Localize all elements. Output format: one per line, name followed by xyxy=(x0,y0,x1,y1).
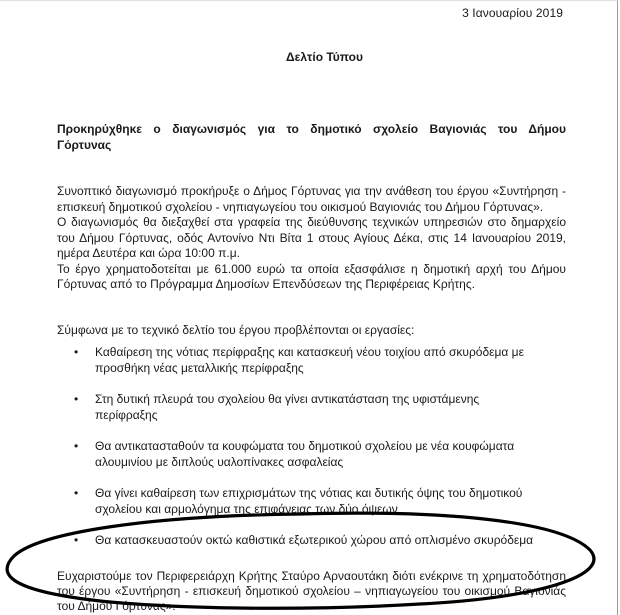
list-item: • Στη δυτική πλευρά του σχολείου θα γίνε… xyxy=(57,392,535,423)
list-item: • Θα αντικατασταθούν τα κουφώματα του δη… xyxy=(57,439,535,470)
bullet-icon: • xyxy=(74,486,78,502)
works-lead: Σύμφωνα με το τεχνικό δελτίο του έργου π… xyxy=(57,322,414,338)
list-item-text: Θα γίνει καθαίρεση των επιχρισμάτων της … xyxy=(95,486,522,516)
bullet-icon: • xyxy=(74,439,78,455)
intro-paragraph: Συνοπτικό διαγωνισμό προκήρυξε ο Δήμος Γ… xyxy=(57,184,566,215)
bullet-icon: • xyxy=(74,533,78,549)
list-item-text: Στη δυτική πλευρά του σχολείου θα γίνει … xyxy=(95,392,479,422)
bullet-icon: • xyxy=(74,392,78,408)
list-item-text: Θα αντικατασταθούν τα κουφώματα του δημο… xyxy=(95,439,514,469)
press-release-title: Δελτίο Τύπου xyxy=(0,50,617,64)
list-item: • Καθαίρεση της νότιας περίφραξης και κα… xyxy=(57,345,535,376)
list-item: • Θα γίνει καθαίρεση των επιχρισμάτων τη… xyxy=(57,486,535,517)
bullet-icon: • xyxy=(74,345,78,361)
intro-paragraph: Ο διαγωνισμός θα διεξαχθεί στα γραφεία τ… xyxy=(57,215,566,262)
document-page: 3 Ιανουαρίου 2019 Δελτίο Τύπου Προκηρύχθ… xyxy=(0,0,618,615)
intro-paragraph: Το έργο χρηματοδοτείται με 61.000 ευρώ τ… xyxy=(57,262,566,293)
list-item: • Θα κατασκευαστούν οκτώ καθιστικά εξωτε… xyxy=(57,533,595,549)
thanks-paragraph: Ευχαριστούμε τον Περιφερειάρχη Κρήτης Στ… xyxy=(57,569,566,614)
press-release-title-text: Δελτίο Τύπου xyxy=(286,50,363,64)
works-list: • Καθαίρεση της νότιας περίφραξης και κα… xyxy=(57,345,577,565)
intro-section: Συνοπτικό διαγωνισμό προκήρυξε ο Δήμος Γ… xyxy=(57,184,566,293)
list-item-text: Θα κατασκευαστούν οκτώ καθιστικά εξωτερι… xyxy=(95,533,533,547)
headline: Προκηρύχθηκε ο διαγωνισμός για το δημοτι… xyxy=(57,121,566,153)
document-date: 3 Ιανουαρίου 2019 xyxy=(462,6,563,20)
list-item-text: Καθαίρεση της νότιας περίφραξης και κατα… xyxy=(95,345,524,375)
